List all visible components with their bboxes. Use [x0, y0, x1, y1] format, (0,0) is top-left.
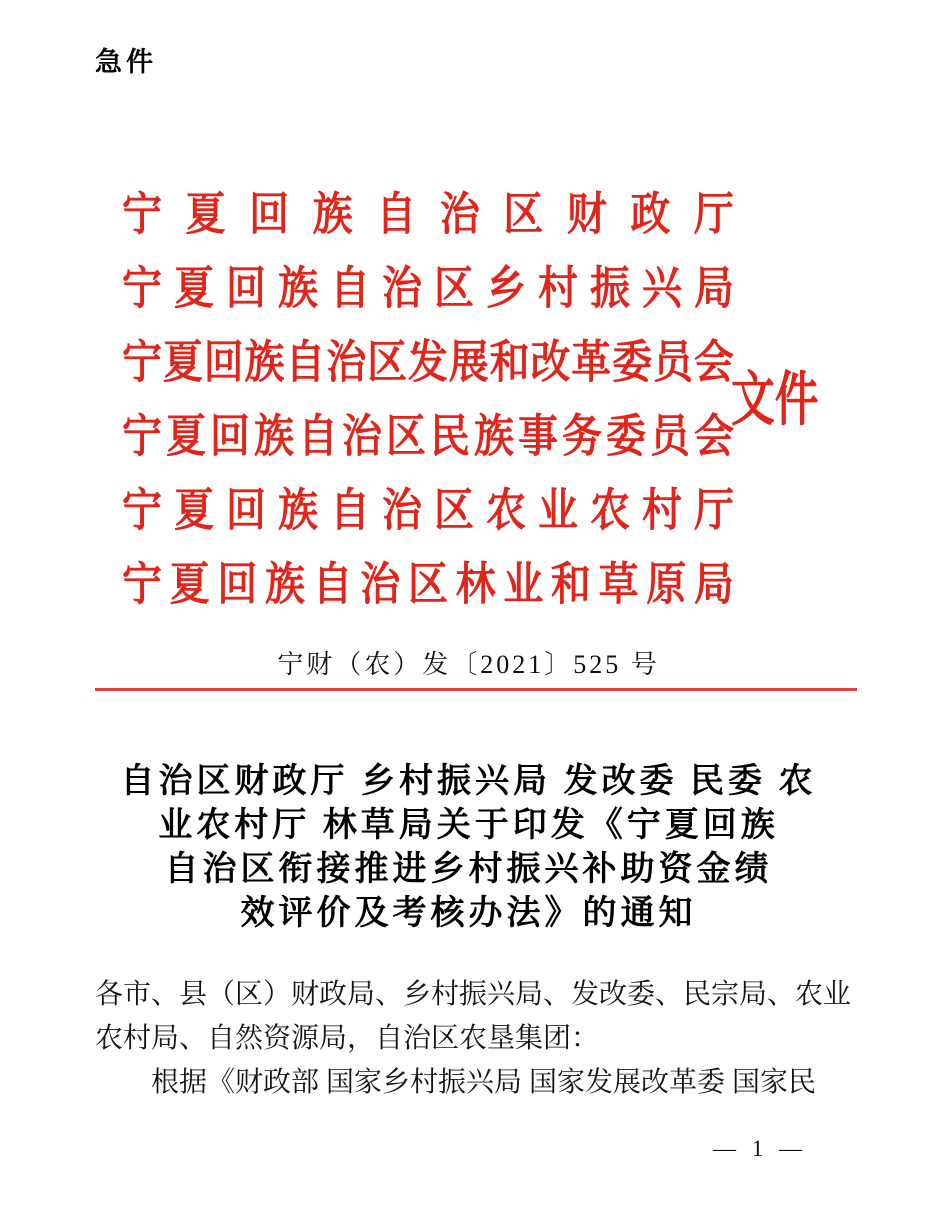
page-number: — 1 — [713, 1136, 807, 1162]
agency-name-line: 宁夏回族自治区乡村振兴局 [122, 247, 734, 321]
notice-title-line: 自治区财政厅 乡村振兴局 发改委 民委 农 [0, 760, 937, 804]
red-separator-line [95, 688, 857, 691]
document-reference-number: 宁财（农）发〔2021〕525 号 [0, 644, 937, 681]
document-page: 急件 宁夏回族自治区财政厅 宁夏回族自治区乡村振兴局 宁夏回族自治区发展和改革委… [0, 0, 937, 1222]
notice-title: 自治区财政厅 乡村振兴局 发改委 民委 农 业农村厅 林草局关于印发《宁夏回族 … [0, 760, 937, 936]
body-line-recipients: 农村局、自然资源局，自治区农垦集团： [95, 1017, 870, 1061]
agency-name-line: 宁夏回族自治区林业和草原局 [122, 543, 734, 617]
notice-title-line: 自治区衔接推进乡村振兴补助资金绩 [0, 848, 937, 892]
body-line-paragraph: 根据《财政部 国家乡村振兴局 国家发展改革委 国家民 [95, 1061, 870, 1105]
notice-title-line: 业农村厅 林草局关于印发《宁夏回族 [0, 804, 937, 848]
urgency-label: 急件 [95, 40, 157, 79]
notice-title-line: 效评价及考核办法》的通知 [0, 892, 937, 936]
agency-name-line: 宁夏回族自治区农业农村厅 [122, 469, 734, 543]
agency-name-line: 宁夏回族自治区民族事务委员会 [122, 395, 734, 469]
notice-body: 各市、县（区）财政局、乡村振兴局、发改委、民宗局、农业 农村局、自然资源局，自治… [95, 973, 870, 1105]
letterhead-agencies: 宁夏回族自治区财政厅 宁夏回族自治区乡村振兴局 宁夏回族自治区发展和改革委员会 … [122, 173, 734, 617]
body-line-recipients: 各市、县（区）财政局、乡村振兴局、发改委、民宗局、农业 [95, 973, 870, 1017]
agency-name-line: 宁夏回族自治区发展和改革委员会 [122, 321, 734, 395]
agency-name-line: 宁夏回族自治区财政厅 [122, 173, 734, 247]
document-type-label: 文件 [731, 353, 818, 437]
